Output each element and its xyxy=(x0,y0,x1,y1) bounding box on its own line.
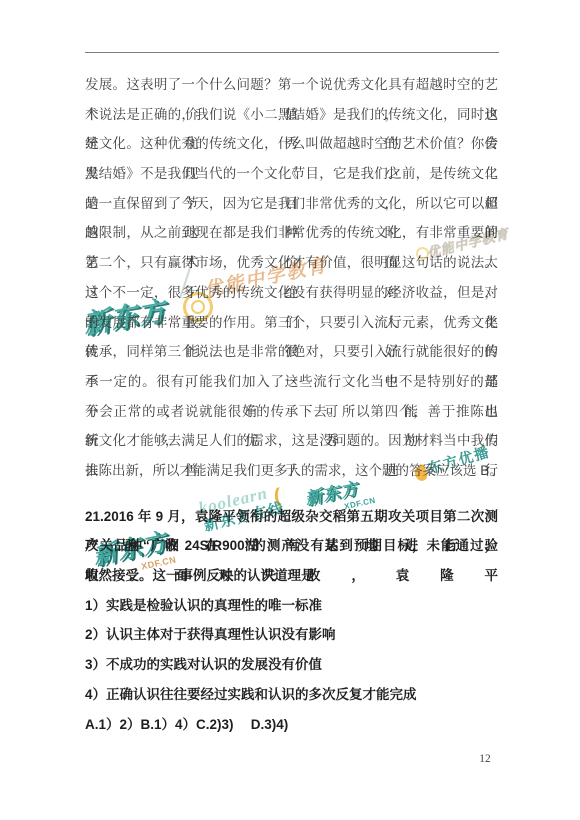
paragraph-line: 黑结婚》不是我们当代的一个文化节目，它是我们之前，是传统文化的节目，但 xyxy=(85,159,498,189)
question-line: 21.2016 年 9 月，袁隆平领衔的超级杂交稻第五期攻关项目第二次测产验收在… xyxy=(85,502,498,532)
option-line: 1）实践是检验认识的真理性的唯一标准 xyxy=(85,591,498,621)
paragraph-line: 不一定的。很有可能我们加入了一些流行文化当中不是特别好的部分，有可能也 xyxy=(85,367,498,397)
option-line: 2）认识主体对于获得真理性认识没有影响 xyxy=(85,620,498,650)
paragraph-line: 的发展都有非常重要的作用。第三个，只要引入流行元素，优秀文化就能很好的 xyxy=(85,308,498,338)
option-line: 3）不成功的实践对认识的发展没有价值 xyxy=(85,650,498,680)
question-21: 21.2016 年 9 月，袁隆平领衔的超级杂交稻第五期攻关项目第二次测产验收在… xyxy=(85,502,498,591)
page-content: 发展。这表明了一个什么问题？第一个说优秀文化具有超越时空的艺术价值，这 个说法是… xyxy=(85,70,498,740)
explanation-paragraph: 发展。这表明了一个什么问题？第一个说优秀文化具有超越时空的艺术价值，这 个说法是… xyxy=(85,70,498,486)
paragraph-line: 这个不一定，很多优秀的传统文化没有获得明显的经济收益，但是对于我们人类 xyxy=(85,278,498,308)
paragraph-line: 是一直保留到了今天，因为它是我们非常优秀的文化，所以它可以超越这种时间 xyxy=(85,189,498,219)
paragraph-line: 不会正常的或者说就能很好的传承下去。所以第四个，善于推陈出新，优秀的传 xyxy=(85,397,498,427)
paragraph-line: 统文化。这种优秀的传统文化，什么叫做超越时空的艺术价值？你会发现《小二 xyxy=(85,129,498,159)
page-number: 12 xyxy=(470,753,500,765)
answer-choices-line: A.1）2）B.1）4）C.2)3) D.3)4) xyxy=(85,710,498,740)
option-line: 4）正确认识往往要经过实践和认识的多次反复才能完成 xyxy=(85,680,498,710)
paragraph-line: 个说法是正确的，我们说《小二黑结婚》是我们的传统文化，同时也是优秀的传 xyxy=(85,100,498,130)
document-page: 优能中学教育 新东方 优能中学教育 东方优播 ( 新东方 XDF.CN kool… xyxy=(0,0,580,820)
header-rule xyxy=(85,52,499,53)
paragraph-line: 的限制，从之前到现在都是我们非常优秀的传统文化，有非常重要的艺术价值。 xyxy=(85,218,498,248)
paragraph-line: 发展。这表明了一个什么问题？第一个说优秀文化具有超越时空的艺术价值，这 xyxy=(85,70,498,100)
paragraph-line: 统文化才能够去满足人们的需求，这是没问题的。因为材料当中我们去善于进行 xyxy=(85,426,498,456)
paragraph-line: 第二个，只有赢得市场，优秀文化才有价值，很明显这句话的说法太过于绝对， xyxy=(85,248,498,278)
paragraph-line: 传承，同样第三个说法也是非常的绝对，只要引入流行就能很好的传承，这也是 xyxy=(85,337,498,367)
question-options: 1）实践是检验认识的真理性的唯一标准 2）认识主体对于获得真理性认识没有影响 3… xyxy=(85,591,498,740)
question-line: 攻关品种“广湘 24S/R900”的测产没有达到预期目标，未能通过验收。面对失败… xyxy=(85,531,498,561)
paragraph-line: 推陈出新，所以才能满足我们更多人的需求，这个题的答案应该选 B。 xyxy=(85,456,498,486)
